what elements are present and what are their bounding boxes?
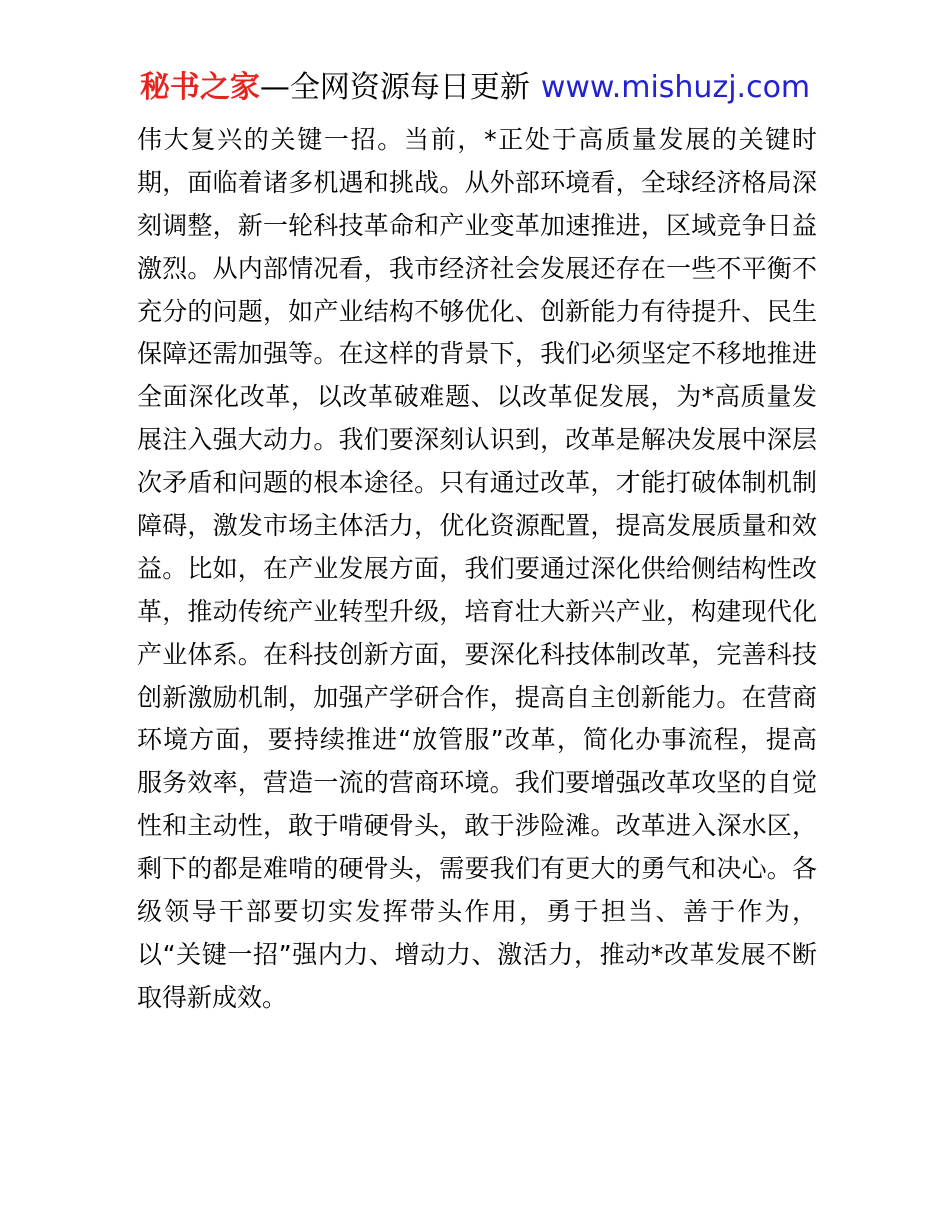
body-line: 取得新成效。 (137, 977, 817, 1020)
body-line: 伟大复兴的关键一招。当前，*正处于高质量发展的关键时 (137, 119, 817, 162)
body-line: 环境方面，要持续推进“放管服”改革，简化办事流程，提高 (137, 719, 817, 762)
body-line: 障碍，激发市场主体活力，优化资源配置，提高发展质量和效 (137, 505, 817, 548)
body-line: 充分的问题，如产业结构不够优化、创新能力有待提升、民生 (137, 291, 817, 334)
body-line: 期，面临着诸多机遇和挑战。从外部环境看，全球经济格局深 (137, 162, 817, 205)
body-line: 性和主动性，敢于啃硬骨头，敢于涉险滩。改革进入深水区， (137, 805, 817, 848)
body-line: 展注入强大动力。我们要深刻认识到，改革是解决发展中深层 (137, 419, 817, 462)
document-body: 伟大复兴的关键一招。当前，*正处于高质量发展的关键时期，面临着诸多机遇和挑战。从… (137, 119, 817, 1020)
body-line: 刻调整，新一轮科技革命和产业变革加速推进，区域竞争日益 (137, 205, 817, 248)
body-line: 级领导干部要切实发挥带头作用，勇于担当、善于作为， (137, 891, 817, 934)
body-line: 次矛盾和问题的根本途径。只有通过改革，才能打破体制机制 (137, 462, 817, 505)
body-line: 保障还需加强等。在这样的背景下，我们必须坚定不移地推进 (137, 333, 817, 376)
header-tagline: 全网资源每日更新 (290, 70, 530, 105)
body-line: 益。比如，在产业发展方面，我们要通过深化供给侧结构性改 (137, 548, 817, 591)
site-name: 秘书之家 (140, 70, 260, 105)
body-line: 产业体系。在科技创新方面，要深化科技体制改革，完善科技 (137, 634, 817, 677)
header-separator: — (260, 70, 290, 105)
page-header: 秘书之家—全网资源每日更新www.mishuzj.com (0, 68, 950, 108)
body-line: 以“关键一招”强内力、增动力、激活力，推动*改革发展不断 (137, 934, 817, 977)
body-line: 激烈。从内部情况看，我市经济社会发展还存在一些不平衡不 (137, 248, 817, 291)
body-line: 剩下的都是难啃的硬骨头，需要我们有更大的勇气和决心。各 (137, 848, 817, 891)
site-url[interactable]: www.mishuzj.com (541, 70, 810, 105)
document-page: 秘书之家—全网资源每日更新www.mishuzj.com 伟大复兴的关键一招。当… (0, 0, 950, 1230)
body-line: 创新激励机制，加强产学研合作，提高自主创新能力。在营商 (137, 677, 817, 720)
body-line: 全面深化改革，以改革破难题、以改革促发展，为*高质量发 (137, 376, 817, 419)
body-line: 革，推动传统产业转型升级，培育壮大新兴产业，构建现代化 (137, 591, 817, 634)
body-line: 服务效率，营造一流的营商环境。我们要增强改革攻坚的自觉 (137, 762, 817, 805)
